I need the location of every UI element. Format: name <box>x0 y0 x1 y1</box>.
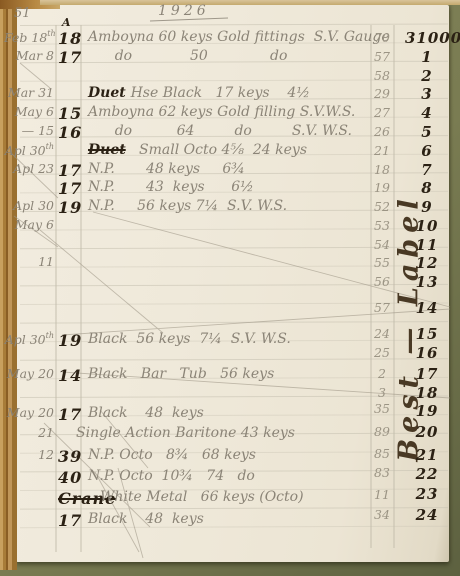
entry-date: Mar 31 <box>4 85 54 100</box>
entry-description: N.P. 56 keys 7¼ S.V. W.S. <box>88 198 287 214</box>
date-ordinal-suffix: th <box>46 331 54 340</box>
margin-count: 22 <box>405 465 449 483</box>
entry-description: Black 48 keys <box>88 511 204 527</box>
description-pencil-text: N.P. 48 keys 6¾ <box>88 161 245 177</box>
entry-date: Apl 30th <box>4 331 54 347</box>
entry-description: do 64 do S.V. W.S. <box>88 123 352 139</box>
serial-number: 58 <box>370 68 394 83</box>
serial-number: 70 <box>370 30 394 45</box>
ruled-line <box>20 322 448 324</box>
entry-description: Duet Small Octo 4⅝ 24 keys <box>88 142 307 158</box>
serial-number: 26 <box>370 124 394 139</box>
entry-count-number: 19 <box>58 331 82 350</box>
margin-count: 31000 <box>405 29 449 47</box>
serial-number: 11 <box>370 487 394 502</box>
description-pencil-text: Single Action Baritone 43 keys <box>76 425 295 441</box>
serial-number: 21 <box>370 143 394 158</box>
margin-count: 7 <box>405 161 449 179</box>
description-pencil-text: Black Bar Tub 56 keys <box>88 366 274 382</box>
serial-number: 2 <box>370 366 394 381</box>
margin-count: 18 <box>405 384 449 402</box>
serial-number: 27 <box>370 105 394 120</box>
serial-number: 85 <box>370 446 394 461</box>
margin-count: 1 <box>405 48 449 66</box>
serial-number: 55 <box>370 255 394 270</box>
margin-count: 16 <box>405 344 449 362</box>
entry-description: Black Bar Tub 56 keys <box>88 366 274 382</box>
serial-number: 57 <box>370 300 394 315</box>
serial-number: 18 <box>370 162 394 177</box>
serial-number: 25 <box>370 345 394 360</box>
entry-date: Feb 18th <box>4 29 54 45</box>
margin-count: 13 <box>405 273 449 291</box>
entry-count-number: 17 <box>58 405 82 424</box>
serial-number: 56 <box>370 274 394 289</box>
description-pencil-text: Hse Black 17 keys 4½ <box>131 85 310 101</box>
year-heading: 1926 <box>158 3 210 19</box>
entry-description: Amboyna 60 keys Gold fittings S.V. Gauge <box>88 29 390 45</box>
margin-count: 24 <box>405 506 449 524</box>
description-pencil-text: Small Octo 4⅝ 24 keys <box>126 142 307 158</box>
entry-description: N.P. Octo 10¾ 74 do <box>88 468 255 484</box>
serial-number: 35 <box>370 401 394 416</box>
entry-count-number: 15 <box>58 104 82 123</box>
description-pencil-text: N.P. 56 keys 7¼ S.V. W.S. <box>88 198 287 214</box>
serial-number: 52 <box>370 199 394 214</box>
serial-number: 83 <box>370 465 394 480</box>
entry-count-number: 17 <box>58 179 82 198</box>
description-pencil-text: Black 48 keys <box>88 405 204 421</box>
description-pencil-text: White Metal 66 keys (Octo) <box>100 489 304 505</box>
margin-count: 21 <box>405 446 449 464</box>
description-pencil-text: do 64 do S.V. W.S. <box>88 123 352 139</box>
serial-number: 29 <box>370 86 394 101</box>
entry-description: Single Action Baritone 43 keys <box>76 425 295 441</box>
entry-description: N.P. Octo 8¾ 68 keys <box>88 447 256 463</box>
entry-date: Apl 30th <box>4 142 54 158</box>
description-ink-word: Duet <box>88 85 131 101</box>
date-ordinal-suffix: th <box>46 142 54 151</box>
margin-count: 4 <box>405 104 449 122</box>
ruled-line <box>20 526 448 528</box>
margin-count: 5 <box>405 123 449 141</box>
entry-date: May 20 <box>4 366 54 381</box>
margin-count: 20 <box>405 423 449 441</box>
margin-count: 17 <box>405 365 449 383</box>
entry-date: Apl 23 <box>4 161 54 176</box>
description-ink-word: Duet <box>88 142 126 158</box>
margin-count: 6 <box>405 142 449 160</box>
entry-date: — 15 <box>4 123 54 138</box>
margin-count: 11 <box>405 236 449 254</box>
description-pencil-text: Black 56 keys 7¼ S.V. W.S. <box>88 331 291 347</box>
description-pencil-text: N.P. Octo 10¾ 74 do <box>88 468 255 484</box>
margin-count: 10 <box>405 217 449 235</box>
margin-count: 8 <box>405 179 449 197</box>
entry-count-number: 14 <box>58 366 82 385</box>
entry-description: N.P. 48 keys 6¾ <box>88 161 245 177</box>
description-pencil-text: N.P. 43 keys 6½ <box>88 179 254 195</box>
date-ordinal-suffix: th <box>47 29 55 38</box>
entry-count-number: 19 <box>58 198 82 217</box>
entry-count-number: 39 <box>58 447 82 466</box>
margin-count: 12 <box>405 254 449 272</box>
entry-date: Apl 30 <box>4 198 54 213</box>
entry-date: 11 <box>4 254 54 269</box>
entry-date: May 6 <box>4 217 54 232</box>
entry-description: N.P. 43 keys 6½ <box>88 179 254 195</box>
description-pencil-text: do 50 do <box>88 48 287 64</box>
entry-date: May 20 <box>4 405 54 420</box>
entry-count-number: 16 <box>58 123 82 142</box>
entry-date: 12 <box>4 447 54 462</box>
serial-number: 3 <box>370 385 394 400</box>
serial-number: 24 <box>370 326 394 341</box>
serial-number: 57 <box>370 49 394 64</box>
entry-description: White Metal 66 keys (Octo) <box>100 489 304 505</box>
entry-date: Mar 8 <box>4 48 54 63</box>
serial-number: 34 <box>370 507 394 522</box>
entry-description: Amboyna 62 keys Gold filling S.V.W.S. <box>88 104 355 120</box>
margin-count: 9 <box>405 198 449 216</box>
serial-number: 53 <box>370 218 394 233</box>
margin-count: 3 <box>405 85 449 103</box>
margin-count: 15 <box>405 325 449 343</box>
entry-date: May 6 <box>4 104 54 119</box>
serial-number: 54 <box>370 237 394 252</box>
entry-description: Duet Hse Black 17 keys 4½ <box>88 85 310 101</box>
pencil-strike-line <box>40 230 163 333</box>
page-number: 51 <box>14 6 31 21</box>
entry-count-number: 17 <box>58 161 82 180</box>
entry-count-number: 18 <box>58 29 82 48</box>
margin-count: 23 <box>405 485 449 503</box>
entry-count-number: 40 <box>58 468 82 487</box>
margin-count: 19 <box>405 402 449 420</box>
entry-count-number: 17 <box>58 511 82 530</box>
serial-number: 89 <box>370 424 394 439</box>
description-pencil-text: Black 48 keys <box>88 511 204 527</box>
margin-count: 2 <box>405 67 449 85</box>
serial-number: 19 <box>370 180 394 195</box>
ledger-photo: 51 1926 Best — Label Feb 18th18AAmboyna … <box>0 0 460 576</box>
entry-description: do 50 do <box>88 48 287 64</box>
entry-count-number: 17 <box>58 48 82 67</box>
entry-date: 21 <box>4 425 54 440</box>
description-pencil-text: Amboyna 62 keys Gold filling S.V.W.S. <box>88 104 355 120</box>
description-pencil-text: N.P. Octo 8¾ 68 keys <box>88 447 256 463</box>
entry-description: Black 56 keys 7¼ S.V. W.S. <box>88 331 291 347</box>
entry-description: Black 48 keys <box>88 405 204 421</box>
ruled-line <box>20 24 448 26</box>
margin-count: 14 <box>405 299 449 317</box>
description-pencil-text: Amboyna 60 keys Gold fittings S.V. Gauge <box>88 29 390 45</box>
entry-count-annotation: A <box>62 16 71 29</box>
